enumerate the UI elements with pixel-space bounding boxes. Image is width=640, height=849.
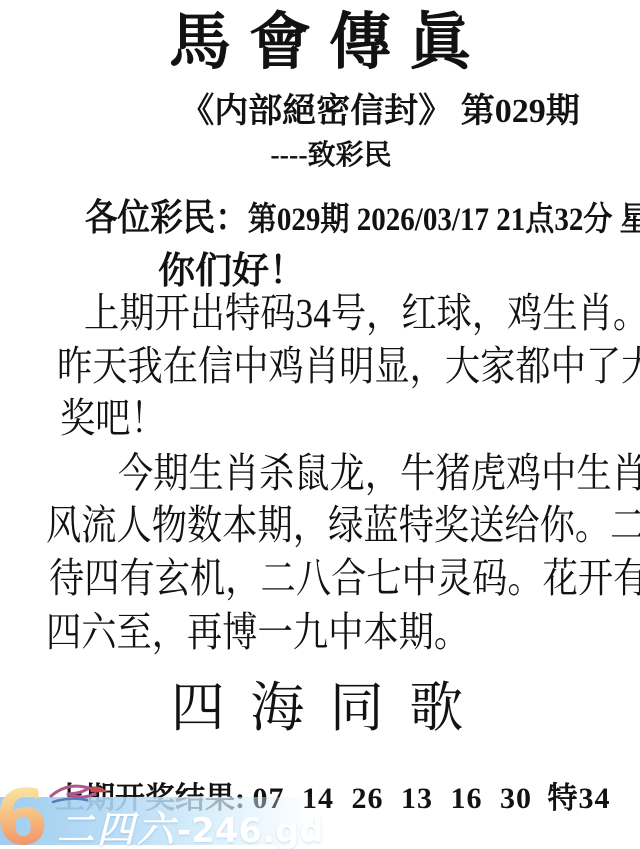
page-title: 馬會傳眞	[0, 2, 640, 84]
body-line: 上期开出特码34号，红球，鸡生肖。	[84, 291, 640, 336]
salutation-info: 第029期 2026/03/17 21点32分 星期二	[248, 202, 640, 238]
slogan-text: 四 海 同 歌	[0, 676, 640, 740]
body-line: 今期生肖杀鼠龙，牛猪虎鸡中生肖。	[118, 451, 640, 496]
greeting-line: 你们好！	[158, 240, 306, 294]
salutation-line: 各位彩民：第029期 2026/03/17 21点32分 星期二	[85, 187, 640, 241]
brand-domain-text: -246.gd	[177, 811, 324, 849]
body-line: 四六至，再博一九中本期。	[46, 610, 469, 655]
body-line: 奖吧！	[60, 396, 166, 441]
body-line: 待四有玄机，二八合七中灵码。花开有期	[49, 556, 640, 601]
dedication-line: ----致彩民	[0, 139, 640, 173]
results-special-number: 特34	[548, 782, 611, 815]
body-line: 风流人物数本期，绿蓝特奖送给你。二二	[46, 503, 640, 548]
salutation-label: 各位彩民：	[85, 198, 248, 239]
body-line: 昨天我在信中鸡肖明显，大家都中了大	[57, 344, 640, 389]
issue-line: 《内部絕密信封》 第029期	[0, 90, 640, 134]
brand-cn-text: 二四六	[57, 810, 177, 849]
logo-digit-6: 6	[0, 784, 50, 849]
fax-document: 馬會傳眞 《内部絕密信封》 第029期 ----致彩民 各位彩民：第029期 2…	[0, 0, 640, 849]
watermark-brand: 二四六-246.gd	[57, 799, 324, 849]
